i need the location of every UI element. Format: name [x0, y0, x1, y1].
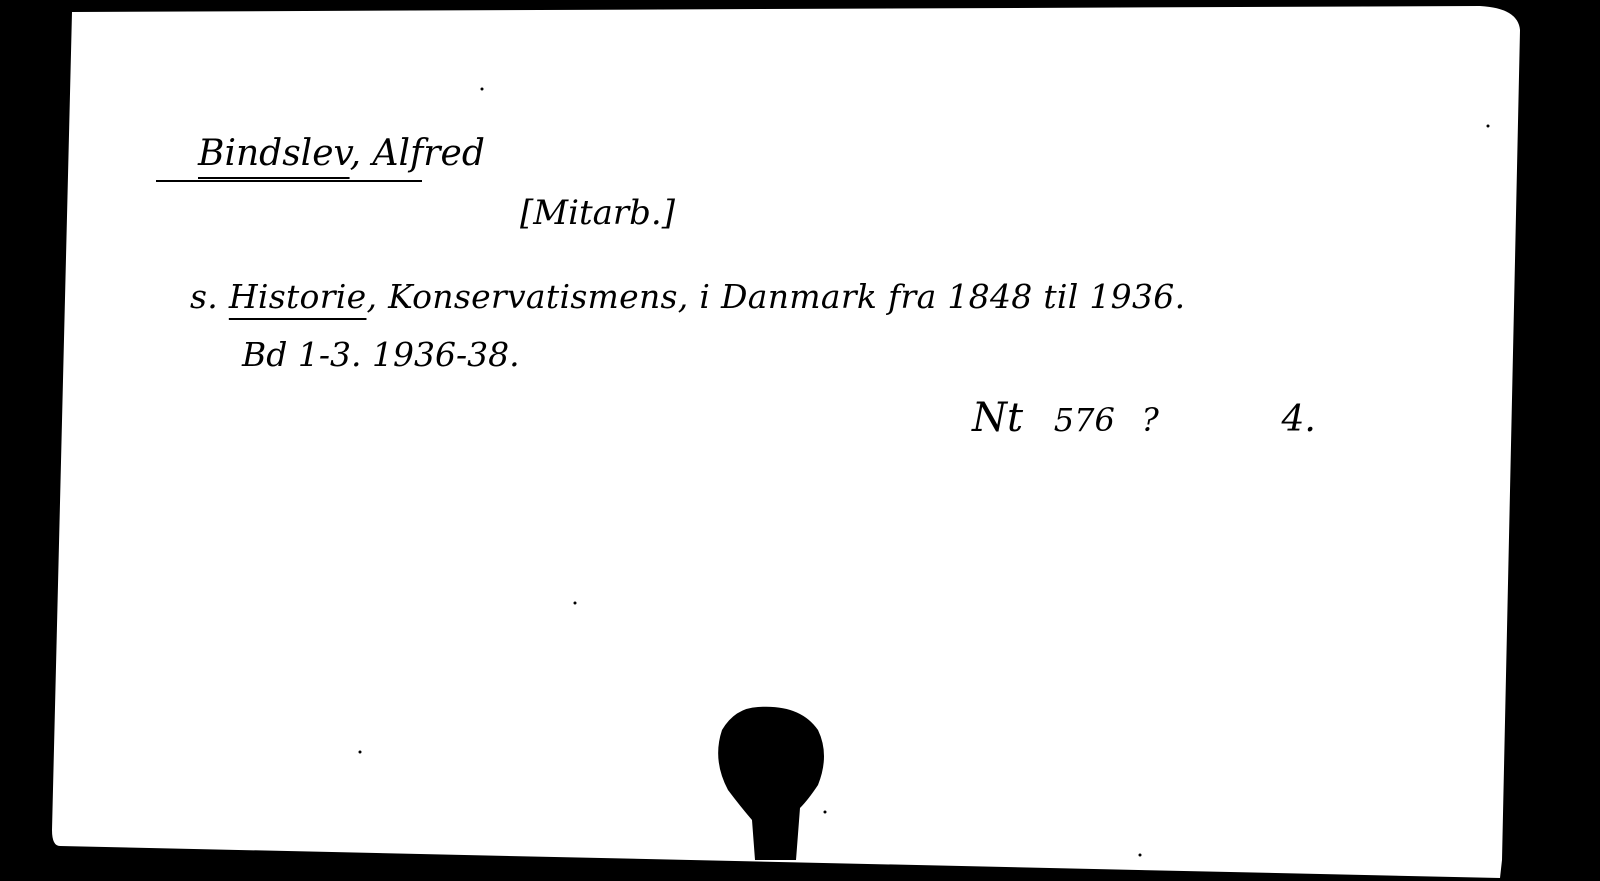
heading-entry: Bindslev, Alfred: [198, 136, 485, 172]
author-forename: Alfred: [372, 133, 484, 174]
author-role: [Mitarb.]: [520, 196, 675, 230]
shelfmark-query-mark: ?: [1142, 401, 1159, 439]
heading-separator: ,: [350, 133, 361, 174]
see-prefix: s.: [190, 277, 218, 316]
see-reference: s. Historie, Konservatismens, i Danmark …: [190, 280, 1185, 313]
heading-underline: [156, 180, 422, 182]
reference-title: , Konservatismens, i Danmark fra 1848 ti…: [366, 277, 1185, 316]
shelfmark-number: 576: [1054, 401, 1115, 439]
volume-and-years: Bd 1-3. 1936-38.: [242, 338, 520, 371]
reference-heading: Historie: [229, 277, 367, 316]
shelfmark-prefix: Nt: [972, 395, 1023, 441]
shelfmark: Nt 576 ? 4.: [972, 398, 1316, 438]
copy-number: 4.: [1281, 399, 1315, 440]
author-surname: Bindslev: [198, 133, 350, 174]
